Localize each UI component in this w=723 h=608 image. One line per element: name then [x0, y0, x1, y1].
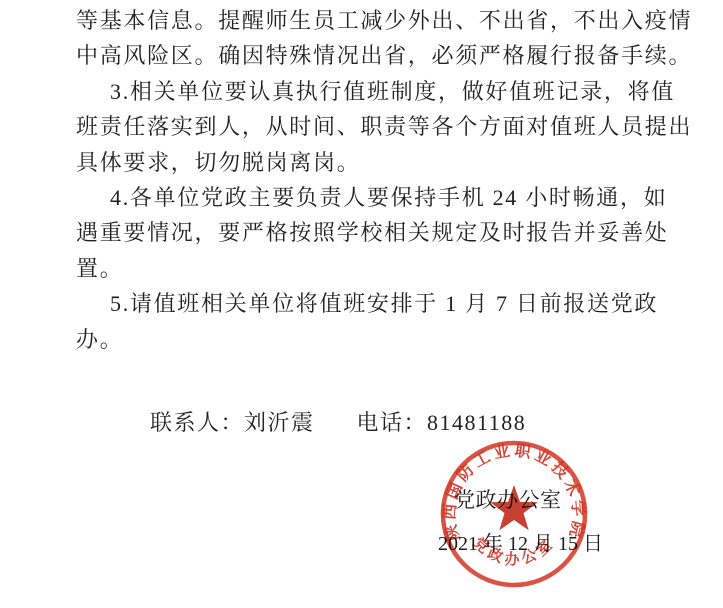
body-line: 5.请值班相关单位将值班安排于 1 月 7 日前报送党政 [76, 286, 656, 321]
svg-text:党政办公室: 党政办公室 [470, 534, 558, 569]
contact-line: 联系人：刘沂震电话：81481188 [150, 406, 526, 437]
body-line: 4.各单位党政主要负责人要保持手机 24 小时畅通，如 [76, 180, 656, 215]
official-seal: 陕西国防工业职业技术学院 党政办公室 [438, 438, 590, 590]
body-line: 等基本信息。提醒师生员工减少外出、不出省，不出入疫情 [76, 3, 656, 38]
contact-person-name: 刘沂震 [244, 410, 315, 435]
body-line: 办。 [76, 322, 656, 357]
contact-person-label: 联系人： [150, 410, 244, 435]
body-line: 遇重要情况，要严格按照学校相关规定及时报告并妥善处 [76, 215, 656, 250]
contact-phone-label: 电话： [357, 410, 428, 435]
body-line: 置。 [76, 251, 656, 286]
seal-star-icon [490, 485, 538, 530]
seal-department-text: 党政办公室 [470, 534, 558, 569]
body-line: 班责任落实到人，从时间、职责等各个方面对值班人员提出 [76, 109, 656, 144]
body-line: 具体要求，切勿脱岗离岗。 [76, 145, 656, 180]
document-body: 等基本信息。提醒师生员工减少外出、不出省，不出入疫情 中高风险区。确因特殊情况出… [76, 3, 656, 357]
body-line: 3.相关单位要认真执行值班制度，做好值班记录，将值 [76, 74, 656, 109]
contact-phone-number: 81481188 [427, 410, 526, 435]
document-page: 等基本信息。提醒师生员工减少外出、不出省，不出入疫情 中高风险区。确因特殊情况出… [0, 0, 723, 608]
body-line: 中高风险区。确因特殊情况出省，必须严格履行报备手续。 [76, 38, 656, 73]
